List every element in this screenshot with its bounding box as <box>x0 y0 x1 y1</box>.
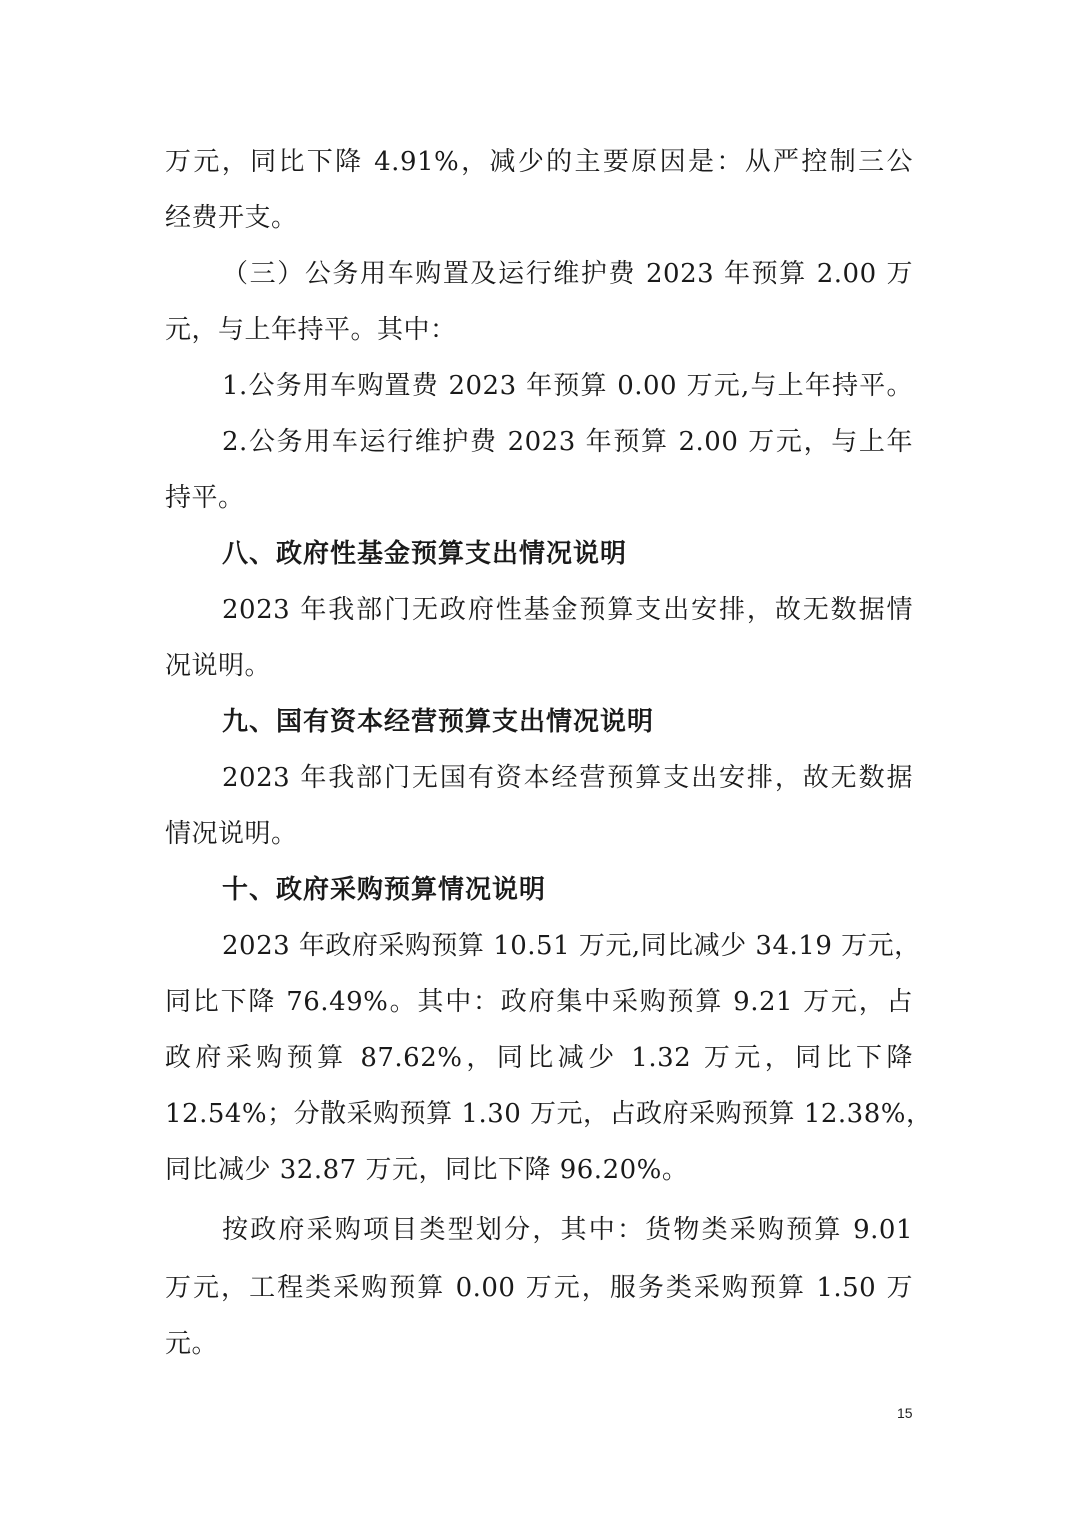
section-heading-9: 九、国有资本经营预算支出情况说明 <box>222 705 913 739</box>
body-text-line: 元，与上年持平。其中： <box>165 313 913 347</box>
section-8-text: 2023 年我部门无政府性基金预算支出安排，故无数据情 <box>222 593 913 627</box>
section-10-text: 同比下降 76.49%。其中：政府集中采购预算 9.21 万元，占 <box>165 985 913 1019</box>
section-heading-8: 八、政府性基金预算支出情况说明 <box>222 537 913 571</box>
section-10-text: 万元，工程类采购预算 0.00 万元，服务类采购预算 1.50 万 <box>165 1271 913 1305</box>
section-heading-10: 十、政府采购预算情况说明 <box>222 873 913 907</box>
section-10-text: 元。 <box>165 1327 913 1361</box>
list-item-1: 1.公务用车购置费 2023 年预算 0.00 万元,与上年持平。 <box>222 369 913 403</box>
body-text-line: 持平。 <box>165 481 913 515</box>
section-9-text: 情况说明。 <box>165 817 913 851</box>
list-item-2: 2.公务用车运行维护费 2023 年预算 2.00 万元，与上年 <box>222 425 913 459</box>
page-number: 15 <box>897 1405 913 1421</box>
body-text-line: 经费开支。 <box>165 201 913 235</box>
section-10-text: 政府采购预算 87.62%，同比减少 1.32 万元，同比下降 <box>165 1041 913 1075</box>
section-9-text: 2023 年我部门无国有资本经营预算支出安排，故无数据 <box>222 761 913 795</box>
section-10-text: 12.54%；分散采购预算 1.30 万元，占政府采购预算 12.38%， <box>165 1097 913 1131</box>
section-10-text: 2023 年政府采购预算 10.51 万元,同比减少 34.19 万元， <box>222 929 913 963</box>
body-text-line: 万元，同比下降 4.91%，减少的主要原因是：从严控制三公 <box>165 145 913 179</box>
subsection-text-line: （三）公务用车购置及运行维护费 2023 年预算 2.00 万 <box>222 257 913 291</box>
section-10-text: 按政府采购项目类型划分，其中：货物类采购预算 9.01 <box>222 1213 913 1247</box>
section-8-text: 况说明。 <box>165 649 913 683</box>
section-10-text: 同比减少 32.87 万元，同比下降 96.20%。 <box>165 1153 913 1187</box>
